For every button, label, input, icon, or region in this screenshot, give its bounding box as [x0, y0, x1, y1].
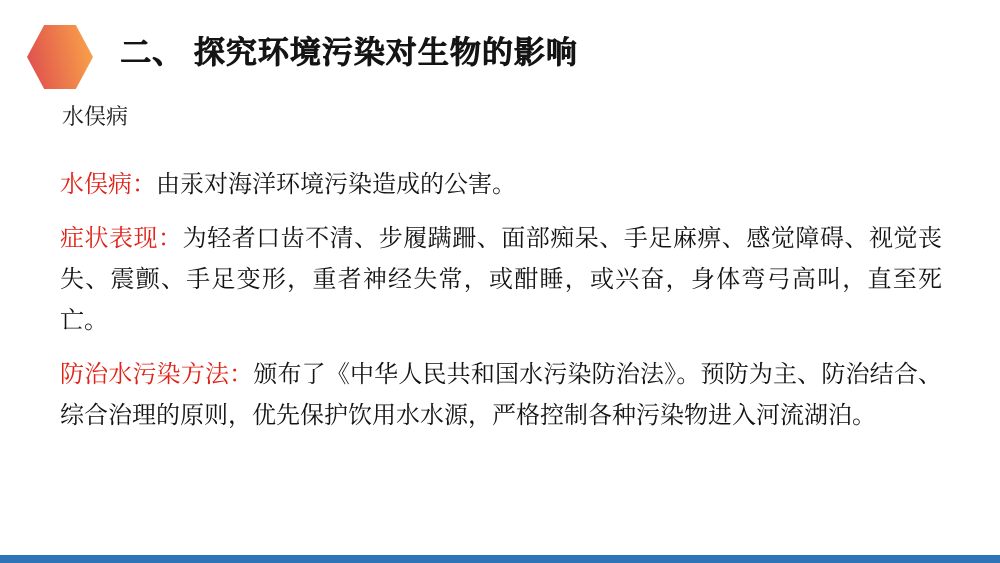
paragraph-minamata-text: 由汞对海洋环境污染造成的公害。 [156, 171, 516, 198]
subtitle-label: 水俣病 [62, 102, 128, 132]
paragraph-prevention: 防治水污染方法：颁布了《中华人民共和国水污染防治法》。预防为主、防治结合、综合治… [60, 354, 942, 436]
slide-root: 二、 探究环境污染对生物的影响 水俣病 水俣病：由汞对海洋环境污染造成的公害。 … [0, 0, 1000, 563]
paragraph-minamata-lead: 水俣病： [60, 171, 156, 198]
paragraph-prevention-lead: 防治水污染方法： [60, 361, 253, 388]
paragraph-symptoms-text: 为轻者口齿不清、步履蹒跚、面部痴呆、手足麻痹、感觉障碍、视觉丧失、震颤、手足变形… [60, 225, 942, 334]
slide-title: 二、 探究环境污染对生物的影响 [120, 34, 578, 72]
paragraph-symptoms: 症状表现：为轻者口齿不清、步履蹒跚、面部痴呆、手足麻痹、感觉障碍、视觉丧失、震颤… [60, 218, 942, 341]
hexagon-bullet-icon [27, 25, 93, 89]
slide-body: 水俣病：由汞对海洋环境污染造成的公害。 症状表现：为轻者口齿不清、步履蹒跚、面部… [60, 164, 942, 449]
bottom-accent-bar [0, 555, 1000, 563]
paragraph-symptoms-lead: 症状表现： [60, 225, 183, 252]
paragraph-minamata: 水俣病：由汞对海洋环境污染造成的公害。 [60, 164, 942, 205]
